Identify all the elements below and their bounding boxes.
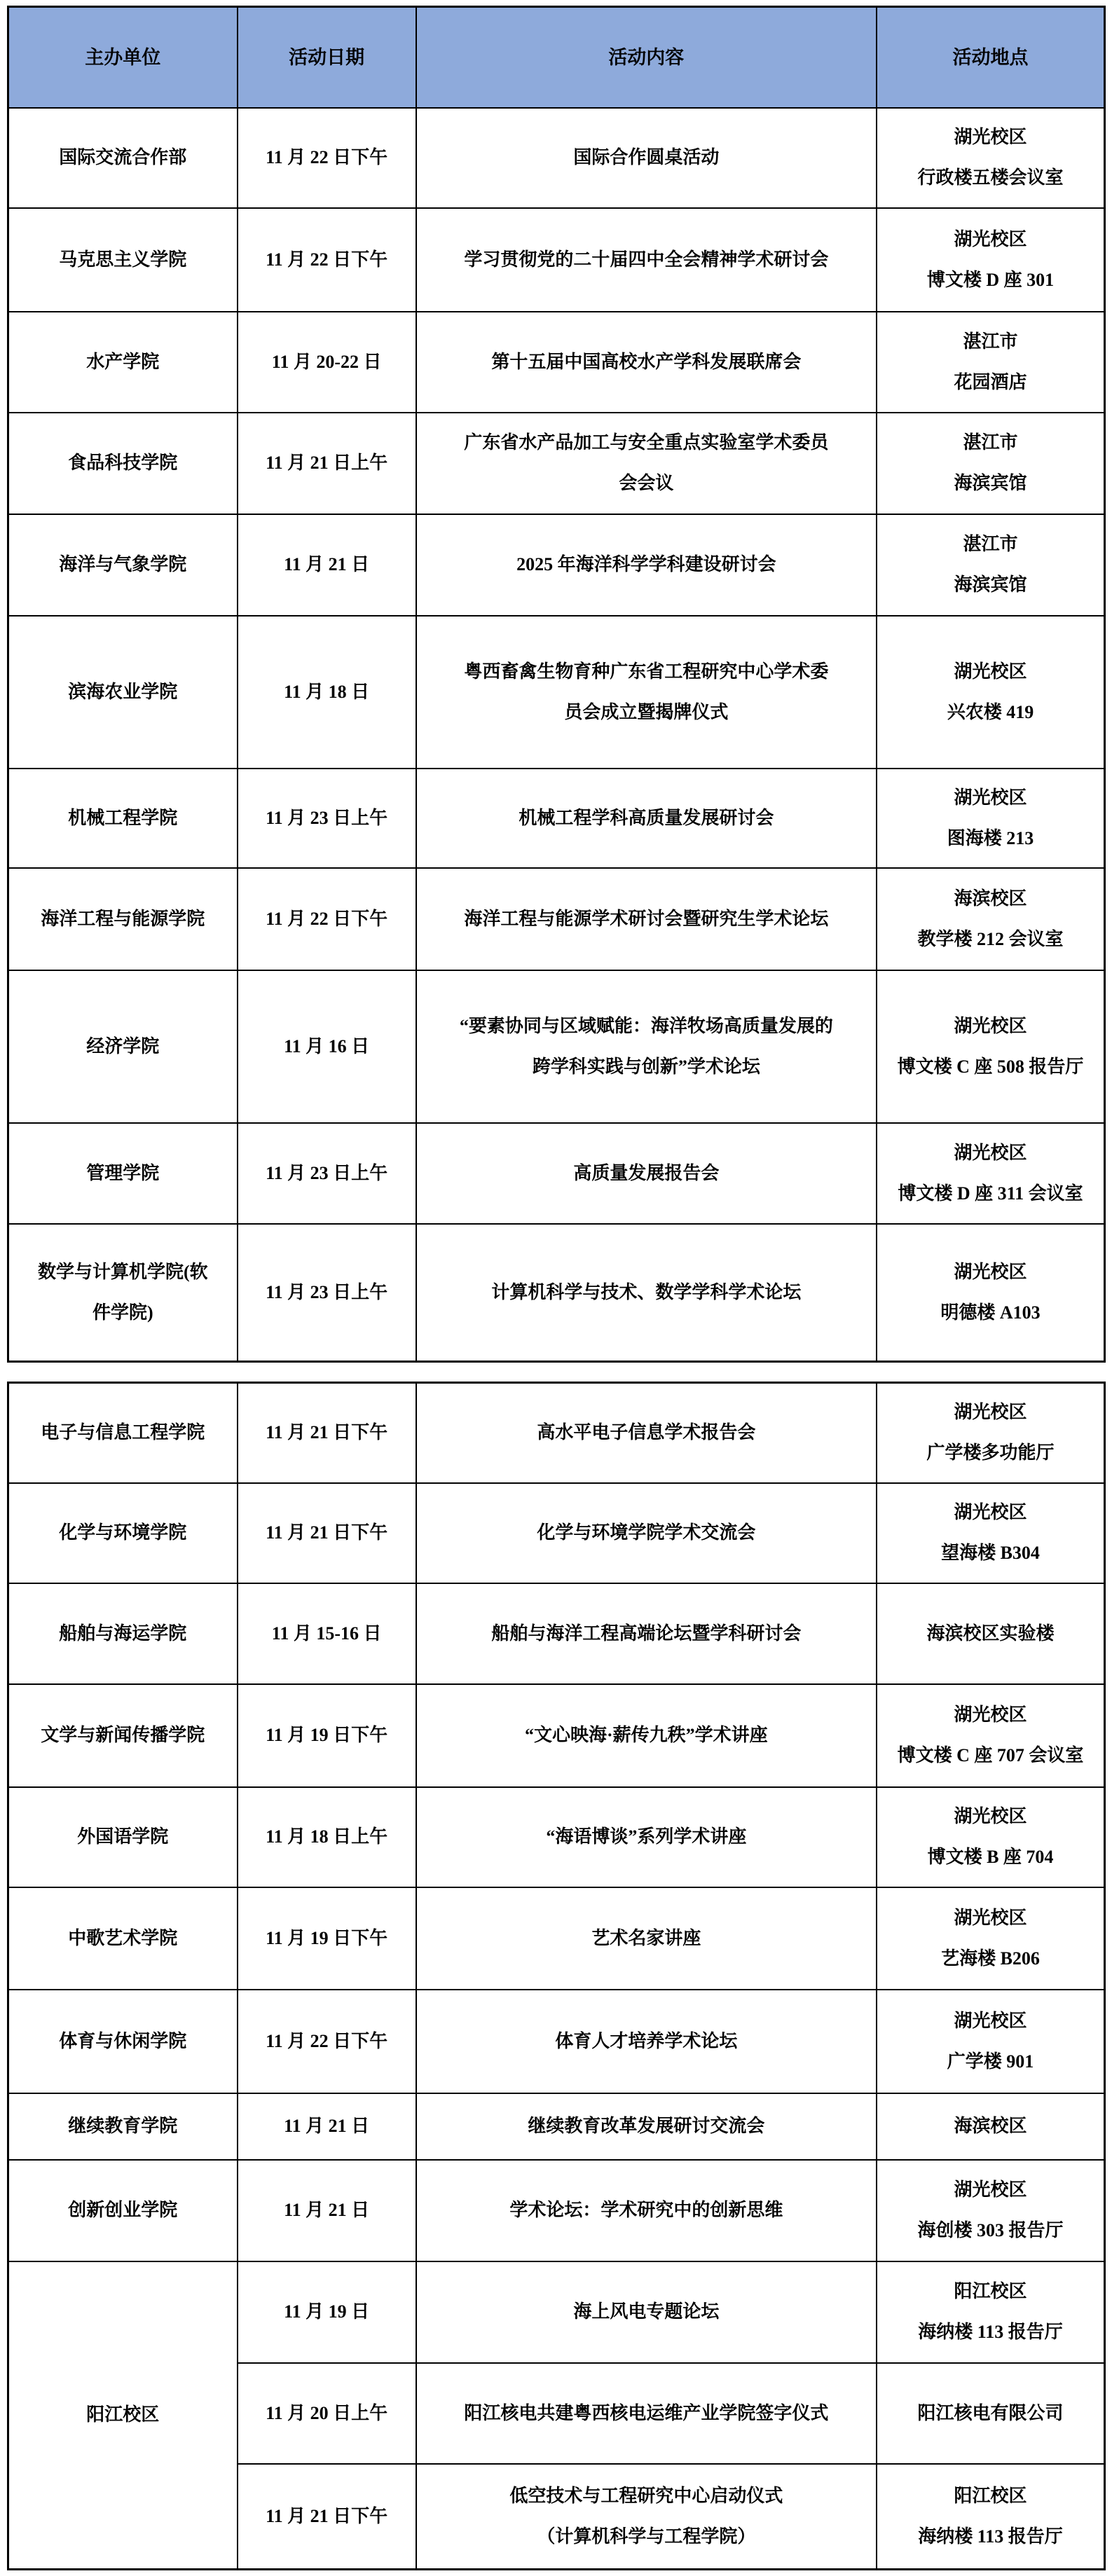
table-row: 水产学院11 月 20-22 日第十五届中国高校水产学科发展联席会湛江市花园酒店 <box>8 312 1105 413</box>
location-text-line: 湖光校区 <box>880 2001 1101 2041</box>
header-row: 主办单位活动日期活动内容活动地点 <box>8 7 1105 108</box>
date-cell: 11 月 22 日下午 <box>238 108 416 208</box>
table-row: 食品科技学院11 月 21 日上午广东省水产品加工与安全重点实验室学术委员会会议… <box>8 413 1105 514</box>
content-text-line: 第十五届中国高校水产学科发展联席会 <box>420 342 873 383</box>
content-text-line: 高水平电子信息学术报告会 <box>420 1412 873 1453</box>
content-cell: 学习贯彻党的二十届四中全会精神学术研讨会 <box>416 208 877 312</box>
location-cell: 湖光校区广学楼 901 <box>877 1990 1105 2093</box>
location-cell: 阳江校区海纳楼 113 报告厅 <box>877 2261 1105 2363</box>
date-cell: 11 月 21 日 <box>238 2160 416 2261</box>
date-cell: 11 月 20-22 日 <box>238 312 416 413</box>
location-text-line: 海创楼 303 报告厅 <box>880 2210 1101 2251</box>
location-cell: 海滨校区 <box>877 2093 1105 2160</box>
content-text-line: 广东省水产品加工与安全重点实验室学术委员 <box>420 422 873 463</box>
date-text-line: 11 月 19 日 <box>241 2292 413 2332</box>
organizer-text-line: 海洋工程与能源学院 <box>12 899 234 939</box>
date-text-line: 11 月 16 日 <box>241 1026 413 1067</box>
organizer-text-line: 数学与计算机学院(软 <box>12 1252 234 1293</box>
organizer-text-line: 海洋与气象学院 <box>12 544 234 585</box>
content-text-line: 粤西畜禽生物育种广东省工程研究中心学术委 <box>420 652 873 692</box>
location-text-line: 明德楼 A103 <box>880 1293 1101 1333</box>
location-text-line: 湛江市 <box>880 322 1101 362</box>
content-cell: 第十五届中国高校水产学科发展联席会 <box>416 312 877 413</box>
location-cell: 湖光校区博文楼 D 座 311 会议室 <box>877 1123 1105 1224</box>
location-cell: 湛江市花园酒店 <box>877 312 1105 413</box>
organizer-text-line: 水产学院 <box>12 342 234 383</box>
date-cell: 11 月 21 日 <box>238 514 416 616</box>
content-cell: “文心映海·薪传九秩”学术讲座 <box>416 1684 877 1787</box>
content-cell: 广东省水产品加工与安全重点实验室学术委员会会议 <box>416 413 877 514</box>
organizer-cell: 继续教育学院 <box>8 2093 238 2160</box>
table-row: 化学与环境学院11 月 21 日下午化学与环境学院学术交流会湖光校区望海楼 B3… <box>8 1483 1105 1583</box>
organizer-cell: 食品科技学院 <box>8 413 238 514</box>
location-text-line: 阳江校区 <box>880 2476 1101 2516</box>
date-text-line: 11 月 23 日上午 <box>241 798 413 839</box>
location-text-line: 湖光校区 <box>880 1252 1101 1293</box>
organizer-text-line: 国际交流合作部 <box>12 137 234 178</box>
location-text-line: 湖光校区 <box>880 1006 1101 1047</box>
location-text-line: 广学楼 901 <box>880 2041 1101 2082</box>
location-cell: 海滨校区实验楼 <box>877 1583 1105 1684</box>
organizer-cell: 创新创业学院 <box>8 2160 238 2261</box>
location-text-line: 教学楼 212 会议室 <box>880 919 1101 960</box>
location-text-line: 湖光校区 <box>880 778 1101 818</box>
organizer-cell: 船舶与海运学院 <box>8 1583 238 1684</box>
content-text-line: 海上风电专题论坛 <box>420 2292 873 2332</box>
table-row: 海洋工程与能源学院11 月 22 日下午海洋工程与能源学术研讨会暨研究生学术论坛… <box>8 868 1105 970</box>
content-cell: 粤西畜禽生物育种广东省工程研究中心学术委员会成立暨揭牌仪式 <box>416 616 877 769</box>
organizer-text-line: 机械工程学院 <box>12 798 234 839</box>
location-cell: 湖光校区图海楼 213 <box>877 769 1105 868</box>
content-text-line: “海语博谈”系列学术讲座 <box>420 1817 873 1857</box>
date-cell: 11 月 19 日 <box>238 2261 416 2363</box>
content-cell: 2025 年海洋科学学科建设研讨会 <box>416 514 877 616</box>
location-cell: 阳江核电有限公司 <box>877 2363 1105 2464</box>
organizer-text-line: 化学与环境学院 <box>12 1513 234 1553</box>
content-text-line: 计算机科学与技术、数学学科学术论坛 <box>420 1272 873 1313</box>
location-cell: 湖光校区望海楼 B304 <box>877 1483 1105 1583</box>
location-text-line: 湖光校区 <box>880 117 1101 158</box>
organizer-text-line: 中歌艺术学院 <box>12 1918 234 1959</box>
location-cell: 湛江市海滨宾馆 <box>877 413 1105 514</box>
content-cell: 国际合作圆桌活动 <box>416 108 877 208</box>
content-text-line: 艺术名家讲座 <box>420 1918 873 1959</box>
table-row: 体育与休闲学院11 月 22 日下午体育人才培养学术论坛湖光校区广学楼 901 <box>8 1990 1105 2093</box>
date-text-line: 11 月 21 日 <box>241 2106 413 2147</box>
location-cell: 湖光校区博文楼 C 座 707 会议室 <box>877 1684 1105 1787</box>
content-text-line: 高质量发展报告会 <box>420 1153 873 1194</box>
organizer-text-line: 继续教育学院 <box>12 2106 234 2147</box>
location-cell: 湖光校区兴农楼 419 <box>877 616 1105 769</box>
location-cell: 阳江校区海纳楼 113 报告厅 <box>877 2464 1105 2570</box>
date-cell: 11 月 22 日下午 <box>238 868 416 970</box>
date-cell: 11 月 21 日 <box>238 2093 416 2160</box>
date-text-line: 11 月 22 日下午 <box>241 240 413 280</box>
organizer-text-line: 电子与信息工程学院 <box>12 1412 234 1453</box>
date-text-line: 11 月 18 日上午 <box>241 1817 413 1857</box>
column-header-content: 活动内容 <box>416 7 877 108</box>
location-text-line: 博文楼 D 座 301 <box>880 260 1101 301</box>
content-text-line: 国际合作圆桌活动 <box>420 137 873 178</box>
location-text-line: 图海楼 213 <box>880 818 1101 859</box>
location-text-line: 博文楼 B 座 704 <box>880 1837 1101 1878</box>
content-cell: 海洋工程与能源学术研讨会暨研究生学术论坛 <box>416 868 877 970</box>
location-text-line: 兴农楼 419 <box>880 692 1101 733</box>
date-text-line: 11 月 21 日下午 <box>241 2496 413 2537</box>
organizer-text-line: 船舶与海运学院 <box>12 1613 234 1654</box>
date-text-line: 11 月 19 日下午 <box>241 1918 413 1959</box>
location-text-line: 湖光校区 <box>880 652 1101 692</box>
organizer-text-line: 管理学院 <box>12 1153 234 1194</box>
location-cell: 湖光校区博文楼 B 座 704 <box>877 1787 1105 1887</box>
date-cell: 11 月 23 日上午 <box>238 1224 416 1362</box>
activities-table-part-1: 主办单位活动日期活动内容活动地点 国际交流合作部11 月 22 日下午国际合作圆… <box>7 6 1106 1363</box>
date-cell: 11 月 22 日下午 <box>238 208 416 312</box>
organizer-cell: 外国语学院 <box>8 1787 238 1887</box>
content-text-line: 船舶与海洋工程高端论坛暨学科研讨会 <box>420 1613 873 1654</box>
location-text-line: 博文楼 D 座 311 会议室 <box>880 1173 1101 1214</box>
content-text-line: （计算机科学与工程学院） <box>420 2516 873 2557</box>
location-text-line: 海滨宾馆 <box>880 463 1101 504</box>
location-text-line: 行政楼五楼会议室 <box>880 158 1101 198</box>
content-cell: 计算机科学与技术、数学学科学术论坛 <box>416 1224 877 1362</box>
organizer-cell: 国际交流合作部 <box>8 108 238 208</box>
table-row: 外国语学院11 月 18 日上午“海语博谈”系列学术讲座湖光校区博文楼 B 座 … <box>8 1787 1105 1887</box>
date-text-line: 11 月 22 日下午 <box>241 2021 413 2062</box>
content-text-line: 低空技术与工程研究中心启动仪式 <box>420 2476 873 2516</box>
date-text-line: 11 月 21 日下午 <box>241 1412 413 1453</box>
location-text-line: 阳江核电有限公司 <box>880 2393 1101 2434</box>
location-text-line: 湖光校区 <box>880 1796 1101 1837</box>
date-cell: 11 月 18 日 <box>238 616 416 769</box>
location-cell: 海滨校区教学楼 212 会议室 <box>877 868 1105 970</box>
date-cell: 11 月 21 日下午 <box>238 1383 416 1483</box>
content-cell: 体育人才培养学术论坛 <box>416 1990 877 2093</box>
date-text-line: 11 月 22 日下午 <box>241 899 413 939</box>
organizer-text-line: 创新创业学院 <box>12 2190 234 2231</box>
table-row: 机械工程学院11 月 23 日上午机械工程学科高质量发展研讨会湖光校区图海楼 2… <box>8 769 1105 868</box>
date-cell: 11 月 21 日上午 <box>238 413 416 514</box>
location-text-line: 艺海楼 B206 <box>880 1938 1101 1979</box>
location-text-line: 湖光校区 <box>880 1392 1101 1433</box>
organizer-text-line: 件学院) <box>12 1293 234 1333</box>
location-cell: 湖光校区广学楼多功能厅 <box>877 1383 1105 1483</box>
content-text-line: 阳江核电共建粤西核电运维产业学院签字仪式 <box>420 2393 873 2434</box>
organizer-text-line: 食品科技学院 <box>12 443 234 483</box>
organizer-cell: 管理学院 <box>8 1123 238 1224</box>
document-page: 主办单位活动日期活动内容活动地点 国际交流合作部11 月 22 日下午国际合作圆… <box>0 0 1112 2576</box>
content-text-line: “要素协同与区域赋能：海洋牧场高质量发展的 <box>420 1006 873 1047</box>
content-text-line: “文心映海·薪传九秩”学术讲座 <box>420 1715 873 1756</box>
content-cell: 化学与环境学院学术交流会 <box>416 1483 877 1583</box>
table-section-gap <box>7 1363 1106 1382</box>
date-cell: 11 月 22 日下午 <box>238 1990 416 2093</box>
content-text-line: 继续教育改革发展研讨交流会 <box>420 2106 873 2147</box>
location-text-line: 湖光校区 <box>880 1898 1101 1938</box>
organizer-cell: 阳江校区 <box>8 2261 238 2570</box>
table-row: 国际交流合作部11 月 22 日下午国际合作圆桌活动湖光校区行政楼五楼会议室 <box>8 108 1105 208</box>
content-text-line: 化学与环境学院学术交流会 <box>420 1513 873 1553</box>
table-header: 主办单位活动日期活动内容活动地点 <box>8 7 1105 108</box>
content-cell: 低空技术与工程研究中心启动仪式（计算机科学与工程学院） <box>416 2464 877 2570</box>
location-cell: 湖光校区明德楼 A103 <box>877 1224 1105 1362</box>
column-header-date: 活动日期 <box>238 7 416 108</box>
location-cell: 湖光校区行政楼五楼会议室 <box>877 108 1105 208</box>
location-text-line: 望海楼 B304 <box>880 1533 1101 1573</box>
content-text-line: 跨学科实践与创新”学术论坛 <box>420 1047 873 1087</box>
content-text-line: 机械工程学科高质量发展研讨会 <box>420 798 873 839</box>
organizer-cell: 滨海农业学院 <box>8 616 238 769</box>
location-text-line: 海滨校区 <box>880 2106 1101 2147</box>
date-cell: 11 月 23 日上午 <box>238 1123 416 1224</box>
organizer-cell: 海洋与气象学院 <box>8 514 238 616</box>
table-row: 文学与新闻传播学院11 月 19 日下午“文心映海·薪传九秩”学术讲座湖光校区博… <box>8 1684 1105 1787</box>
date-text-line: 11 月 21 日 <box>241 544 413 585</box>
date-text-line: 11 月 22 日下午 <box>241 137 413 178</box>
content-cell: “海语博谈”系列学术讲座 <box>416 1787 877 1887</box>
table-row: 滨海农业学院11 月 18 日粤西畜禽生物育种广东省工程研究中心学术委员会成立暨… <box>8 616 1105 769</box>
date-text-line: 11 月 20-22 日 <box>241 342 413 383</box>
location-text-line: 湛江市 <box>880 422 1101 463</box>
content-cell: 阳江核电共建粤西核电运维产业学院签字仪式 <box>416 2363 877 2464</box>
location-cell: 湖光校区海创楼 303 报告厅 <box>877 2160 1105 2261</box>
table-row: 海洋与气象学院11 月 21 日2025 年海洋科学学科建设研讨会湛江市海滨宾馆 <box>8 514 1105 616</box>
content-cell: 高质量发展报告会 <box>416 1123 877 1224</box>
table-row: 经济学院11 月 16 日“要素协同与区域赋能：海洋牧场高质量发展的跨学科实践与… <box>8 970 1105 1123</box>
location-text-line: 海滨校区 <box>880 879 1101 919</box>
content-cell: 船舶与海洋工程高端论坛暨学科研讨会 <box>416 1583 877 1684</box>
organizer-text-line: 马克思主义学院 <box>12 240 234 280</box>
content-text-line: 体育人才培养学术论坛 <box>420 2021 873 2062</box>
location-text-line: 博文楼 C 座 707 会议室 <box>880 1735 1101 1776</box>
content-text-line: 员会成立暨揭牌仪式 <box>420 692 873 733</box>
content-cell: 学术论坛：学术研究中的创新思维 <box>416 2160 877 2261</box>
location-cell: 湖光校区博文楼 C 座 508 报告厅 <box>877 970 1105 1123</box>
location-text-line: 湖光校区 <box>880 219 1101 260</box>
date-text-line: 11 月 20 日上午 <box>241 2393 413 2434</box>
date-cell: 11 月 23 日上午 <box>238 769 416 868</box>
content-cell: 艺术名家讲座 <box>416 1887 877 1990</box>
organizer-text-line: 滨海农业学院 <box>12 672 234 712</box>
date-cell: 11 月 21 日下午 <box>238 1483 416 1583</box>
organizer-cell: 体育与休闲学院 <box>8 1990 238 2093</box>
location-text-line: 湖光校区 <box>880 1492 1101 1533</box>
date-cell: 11 月 16 日 <box>238 970 416 1123</box>
table-row: 中歌艺术学院11 月 19 日下午艺术名家讲座湖光校区艺海楼 B206 <box>8 1887 1105 1990</box>
location-cell: 湖光校区博文楼 D 座 301 <box>877 208 1105 312</box>
date-cell: 11 月 21 日下午 <box>238 2464 416 2570</box>
date-cell: 11 月 15-16 日 <box>238 1583 416 1684</box>
content-cell: 继续教育改革发展研讨交流会 <box>416 2093 877 2160</box>
content-text-line: 海洋工程与能源学术研讨会暨研究生学术论坛 <box>420 899 873 939</box>
location-text-line: 海纳楼 113 报告厅 <box>880 2516 1101 2557</box>
location-text-line: 海滨校区实验楼 <box>880 1613 1101 1654</box>
date-text-line: 11 月 18 日 <box>241 672 413 712</box>
date-text-line: 11 月 21 日下午 <box>241 1513 413 1553</box>
location-text-line: 广学楼多功能厅 <box>880 1433 1101 1473</box>
location-text-line: 湖光校区 <box>880 2170 1101 2210</box>
organizer-text-line: 阳江校区 <box>12 2395 234 2435</box>
organizer-text-line: 经济学院 <box>12 1026 234 1067</box>
organizer-text-line: 外国语学院 <box>12 1817 234 1857</box>
organizer-cell: 水产学院 <box>8 312 238 413</box>
organizer-cell: 马克思主义学院 <box>8 208 238 312</box>
table-row: 电子与信息工程学院11 月 21 日下午高水平电子信息学术报告会湖光校区广学楼多… <box>8 1383 1105 1483</box>
organizer-cell: 海洋工程与能源学院 <box>8 868 238 970</box>
organizer-cell: 机械工程学院 <box>8 769 238 868</box>
date-cell: 11 月 19 日下午 <box>238 1887 416 1990</box>
organizer-cell: 数学与计算机学院(软件学院) <box>8 1224 238 1362</box>
table-row: 继续教育学院11 月 21 日继续教育改革发展研讨交流会海滨校区 <box>8 2093 1105 2160</box>
location-cell: 湖光校区艺海楼 B206 <box>877 1887 1105 1990</box>
table-row: 马克思主义学院11 月 22 日下午学习贯彻党的二十届四中全会精神学术研讨会湖光… <box>8 208 1105 312</box>
location-text-line: 海纳楼 113 报告厅 <box>880 2312 1101 2353</box>
activities-table-part-2: 电子与信息工程学院11 月 21 日下午高水平电子信息学术报告会湖光校区广学楼多… <box>7 1382 1106 2570</box>
column-header-org: 主办单位 <box>8 7 238 108</box>
location-text-line: 花园酒店 <box>880 362 1101 403</box>
table-row: 阳江校区11 月 19 日海上风电专题论坛阳江校区海纳楼 113 报告厅 <box>8 2261 1105 2363</box>
organizer-cell: 文学与新闻传播学院 <box>8 1684 238 1787</box>
organizer-text-line: 体育与休闲学院 <box>12 2021 234 2062</box>
content-text-line: 学习贯彻党的二十届四中全会精神学术研讨会 <box>420 240 873 280</box>
content-cell: “要素协同与区域赋能：海洋牧场高质量发展的跨学科实践与创新”学术论坛 <box>416 970 877 1123</box>
date-text-line: 11 月 23 日上午 <box>241 1153 413 1194</box>
date-cell: 11 月 18 日上午 <box>238 1787 416 1887</box>
date-text-line: 11 月 21 日上午 <box>241 443 413 483</box>
organizer-cell: 中歌艺术学院 <box>8 1887 238 1990</box>
content-cell: 高水平电子信息学术报告会 <box>416 1383 877 1483</box>
location-text-line: 阳江校区 <box>880 2271 1101 2312</box>
organizer-text-line: 文学与新闻传播学院 <box>12 1715 234 1756</box>
location-cell: 湛江市海滨宾馆 <box>877 514 1105 616</box>
date-text-line: 11 月 19 日下午 <box>241 1715 413 1756</box>
organizer-cell: 经济学院 <box>8 970 238 1123</box>
location-text-line: 湖光校区 <box>880 1695 1101 1735</box>
date-cell: 11 月 20 日上午 <box>238 2363 416 2464</box>
content-cell: 机械工程学科高质量发展研讨会 <box>416 769 877 868</box>
date-text-line: 11 月 21 日 <box>241 2190 413 2231</box>
content-text-line: 会会议 <box>420 463 873 504</box>
date-cell: 11 月 19 日下午 <box>238 1684 416 1787</box>
date-text-line: 11 月 23 日上午 <box>241 1272 413 1313</box>
table-row: 船舶与海运学院11 月 15-16 日船舶与海洋工程高端论坛暨学科研讨会海滨校区… <box>8 1583 1105 1684</box>
content-cell: 海上风电专题论坛 <box>416 2261 877 2363</box>
location-text-line: 湖光校区 <box>880 1133 1101 1173</box>
table-row: 管理学院11 月 23 日上午高质量发展报告会湖光校区博文楼 D 座 311 会… <box>8 1123 1105 1224</box>
content-text-line: 2025 年海洋科学学科建设研讨会 <box>420 544 873 585</box>
organizer-cell: 电子与信息工程学院 <box>8 1383 238 1483</box>
organizer-cell: 化学与环境学院 <box>8 1483 238 1583</box>
table-row: 数学与计算机学院(软件学院)11 月 23 日上午计算机科学与技术、数学学科学术… <box>8 1224 1105 1362</box>
location-text-line: 海滨宾馆 <box>880 565 1101 605</box>
location-text-line: 博文楼 C 座 508 报告厅 <box>880 1047 1101 1087</box>
location-text-line: 湛江市 <box>880 524 1101 565</box>
table-row: 创新创业学院11 月 21 日学术论坛：学术研究中的创新思维湖光校区海创楼 30… <box>8 2160 1105 2261</box>
column-header-location: 活动地点 <box>877 7 1105 108</box>
content-text-line: 学术论坛：学术研究中的创新思维 <box>420 2190 873 2231</box>
date-text-line: 11 月 15-16 日 <box>241 1613 413 1654</box>
